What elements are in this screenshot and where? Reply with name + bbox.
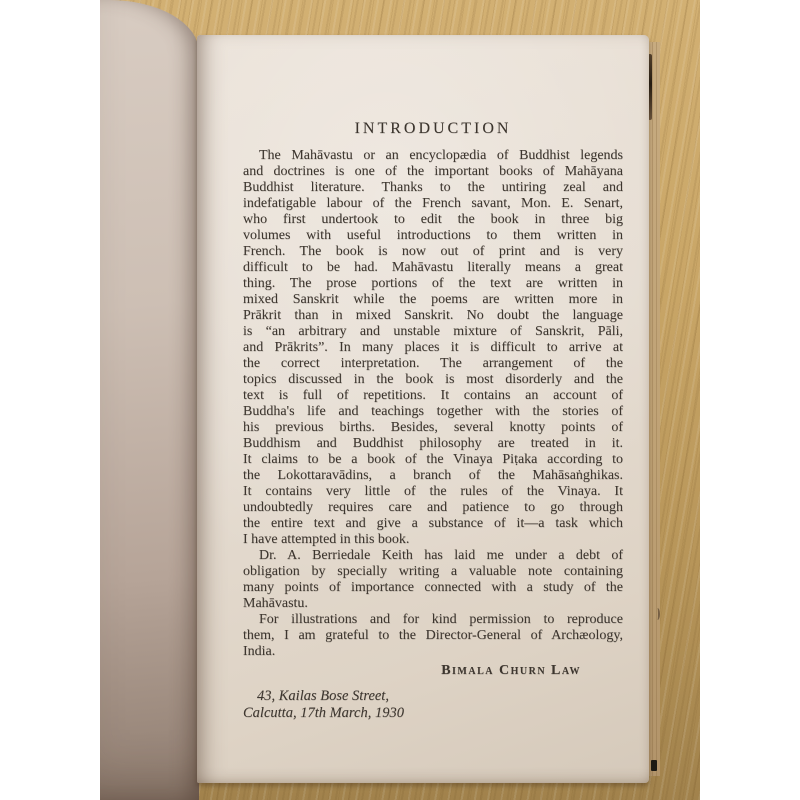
text-line: Prākrit than in mixed Sanskrit. No doubt… (243, 308, 623, 324)
page-text-block: INTRODUCTION The Mahāvastu or an encyclo… (243, 119, 623, 722)
text-line: difficult to be had. Mahāvastu literally… (243, 260, 623, 276)
book-photograph: INTRODUCTION The Mahāvastu or an encyclo… (0, 0, 800, 800)
address-line-2: Calcutta, 17th March, 1930 (243, 705, 623, 722)
text-line: Mahāvastu. (243, 596, 623, 612)
text-line: Buddha's life and teachings together wit… (243, 404, 623, 420)
text-line: obligation by specially writing a valuab… (243, 564, 623, 580)
text-page: INTRODUCTION The Mahāvastu or an encyclo… (197, 35, 649, 783)
text-line: the entire text and give a substance of … (243, 516, 623, 532)
text-line: Buddhist literature. Thanks to the untir… (243, 180, 623, 196)
text-line: mixed Sanskrit while the poems are writt… (243, 292, 623, 308)
text-line: Dr. A. Berriedale Keith has laid me unde… (243, 548, 623, 564)
text-line: The Mahāvastu or an encyclopædia of Budd… (243, 148, 623, 164)
text-line: his previous births. Besides, several kn… (243, 420, 623, 436)
cover-corner-mark (651, 760, 657, 771)
text-line: is “an arbitrary and unstable mixture of… (243, 324, 623, 340)
page-fore-edge (648, 42, 660, 776)
text-line: topics discussed in the book is most dis… (243, 372, 623, 388)
address-line-1: 43, Kailas Bose Street, (243, 688, 623, 705)
body-text: The Mahāvastu or an encyclopædia of Budd… (243, 148, 623, 660)
text-line: many points of importance connected with… (243, 580, 623, 596)
text-line: the correct interpretation. The arrangem… (243, 356, 623, 372)
text-line: French. The book is now out of print and… (243, 244, 623, 260)
text-line: I have attempted in this book. (243, 532, 623, 548)
text-line: the Lokottaravādins, a branch of the Mah… (243, 468, 623, 484)
text-line: Buddhism and Buddhist philosophy are tre… (243, 436, 623, 452)
text-line: For illustrations and for kind permissio… (243, 612, 623, 628)
author-signature: Bimala Churn Law (243, 663, 623, 679)
text-line: thing. The prose portions of the text ar… (243, 276, 623, 292)
desk-surface: INTRODUCTION The Mahāvastu or an encyclo… (100, 0, 700, 800)
body-paragraph: Dr. A. Berriedale Keith has laid me unde… (243, 548, 623, 612)
text-line: India. (243, 644, 623, 660)
page-title: INTRODUCTION (243, 119, 623, 139)
text-line: It claims to be a book of the Vinaya Piṭ… (243, 452, 623, 468)
page-edge-mark (654, 608, 660, 620)
left-blank-page (100, 0, 199, 800)
text-line: text is full of repetitions. It contains… (243, 388, 623, 404)
text-line: and doctrines is one of the important bo… (243, 164, 623, 180)
text-line: undoubtedly requires care and patience t… (243, 500, 623, 516)
text-line: who first undertook to edit the book in … (243, 212, 623, 228)
text-line: volumes with useful introductions to the… (243, 228, 623, 244)
body-paragraph: For illustrations and for kind permissio… (243, 612, 623, 660)
text-line: indefatigable labour of the French savan… (243, 196, 623, 212)
body-paragraph: The Mahāvastu or an encyclopædia of Budd… (243, 148, 623, 548)
address-block: 43, Kailas Bose Street, Calcutta, 17th M… (243, 688, 623, 722)
text-line: It contains very little of the rules of … (243, 484, 623, 500)
text-line: and Prākrits”. In many places it is diff… (243, 340, 623, 356)
text-line: them, I am grateful to the Director-Gene… (243, 628, 623, 644)
